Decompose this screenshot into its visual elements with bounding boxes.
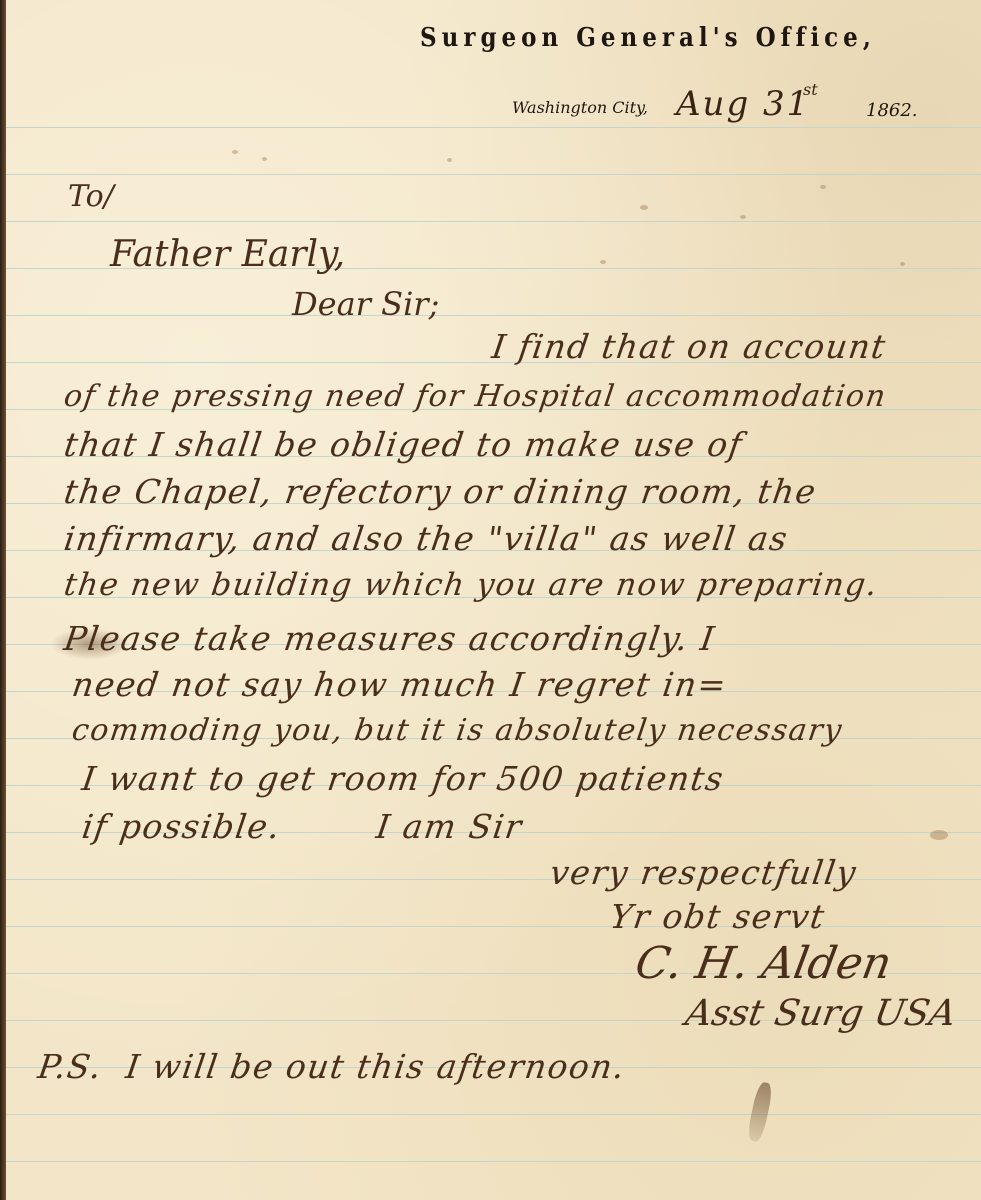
- closing-line: Yr obt servt: [608, 900, 828, 933]
- foxing-spot: [640, 205, 648, 210]
- to-mark: To/: [68, 182, 114, 212]
- rule-line: [6, 315, 981, 316]
- rule-line: [6, 127, 981, 128]
- salutation: Dear Sir;: [292, 288, 439, 320]
- body-line: I find that on account: [490, 330, 889, 363]
- body-line: infirmary, and also the "villa" as well …: [62, 522, 790, 555]
- body-line: commoding you, but it is absolutely nece…: [70, 716, 845, 746]
- body-line: Please take measures accordingly. I: [62, 622, 718, 655]
- date-month-day: Aug 31: [676, 84, 810, 124]
- body-line: need not say how much I regret in=: [70, 668, 729, 701]
- signature-title: Asst Surg USA: [683, 996, 959, 1032]
- date-ordinal: st: [803, 80, 818, 99]
- foxing-spot: [930, 830, 948, 840]
- foxing-spot: [600, 260, 606, 264]
- rule-line: [6, 174, 981, 175]
- foxing-spot: [447, 158, 452, 162]
- foxing-spot: [740, 215, 746, 219]
- ink-blot: [746, 1081, 774, 1143]
- foxing-spot: [900, 262, 905, 266]
- body-line: that I shall be obliged to make use of: [62, 428, 745, 461]
- body-line: I want to get room for 500 patients: [80, 762, 726, 795]
- date-year: 1862.: [866, 100, 918, 121]
- postscript: P.S. I will be out this afternoon.: [36, 1050, 628, 1083]
- signature: C. H. Alden: [632, 942, 895, 986]
- rule-line: [6, 1161, 981, 1162]
- body-line: if possible. I am Sir: [80, 810, 525, 843]
- closing-line: very respectfully: [548, 856, 859, 889]
- foxing-spot: [820, 185, 826, 189]
- rule-line: [6, 1114, 981, 1115]
- body-line: of the pressing need for Hospital accomm…: [62, 382, 889, 412]
- body-line: the Chapel, refectory or dining room, th…: [62, 475, 819, 508]
- foxing-spot: [232, 150, 238, 154]
- rule-line: [6, 926, 981, 927]
- rule-line: [6, 221, 981, 222]
- body-line: the new building which you are now prepa…: [62, 570, 880, 601]
- addressee: Father Early,: [110, 237, 345, 273]
- foxing-spot: [262, 157, 267, 161]
- place-line: Washington City,: [512, 98, 648, 117]
- letter-page: Surgeon General's Office, Washington Cit…: [0, 0, 981, 1200]
- letterhead: Surgeon General's Office,: [420, 22, 876, 53]
